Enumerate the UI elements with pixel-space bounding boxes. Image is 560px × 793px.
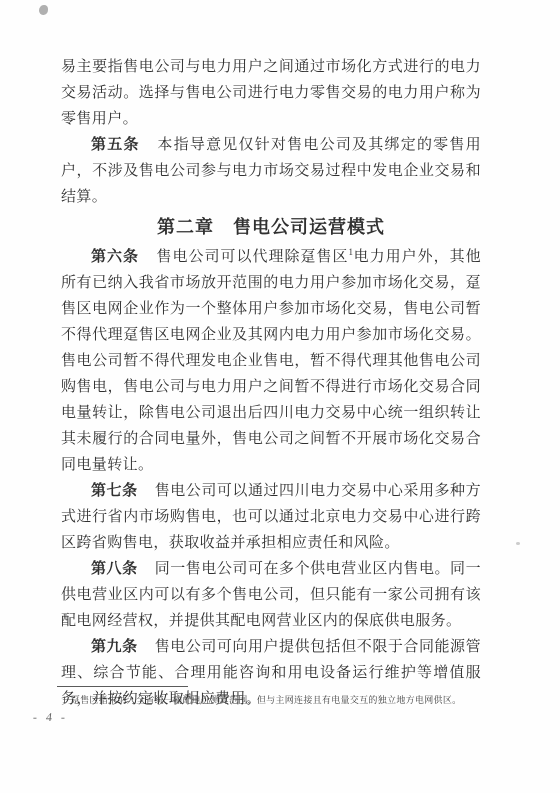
footnote-text: 趸售区指未纳入全省统一输配电价测算范围，但与主网连接且有电量交互的独立地方电网供…	[71, 695, 462, 705]
paragraph-article-6: 第六条 售电公司可以代理除趸售区1电力用户外，其他所有已纳入我省市场放开范围的电…	[61, 244, 481, 478]
paragraph-article-5: 第五条 本指导意见仅针对售电公司及其绑定的零售用户，不涉及售电公司参与电力市场交…	[61, 132, 481, 210]
paragraph-continuation: 易主要指售电公司与电力用户之间通过市场化方式进行的电力交易活动。选择与售电公司进…	[61, 54, 481, 132]
footnote-separator-line	[57, 686, 188, 687]
article-6-text-before-footnote: 售电公司可以代理除趸售区	[157, 249, 349, 265]
article-6-text-after-footnote: 电力用户外，其他所有已纳入我省市场放开范围的电力用户参加市场化交易，趸售区电网企…	[61, 249, 481, 473]
chapter-2-heading: 第二章 售电公司运营模式	[61, 213, 481, 242]
article-5-label: 第五条	[91, 137, 140, 153]
paragraph-continuation-text: 易主要指售电公司与电力用户之间通过市场化方式进行的电力交易活动。选择与售电公司进…	[61, 59, 481, 127]
footnote: 1趸售区指未纳入全省统一输配电价测算范围，但与主网连接且有电量交互的独立地方电网…	[62, 694, 492, 707]
scan-artifact-speck	[516, 542, 520, 545]
page-number: - 4 -	[32, 709, 69, 725]
paragraph-article-8: 第八条 同一售电公司可在多个供电营业区内售电。同一供电营业区内可以有多个售电公司…	[61, 556, 481, 634]
article-7-label: 第七条	[91, 483, 138, 499]
paragraph-article-7: 第七条 售电公司可以通过四川电力交易中心采用多种方式进行省内市场购售电，也可以通…	[61, 478, 481, 556]
document-body: 易主要指售电公司与电力用户之间通过市场化方式进行的电力交易活动。选择与售电公司进…	[61, 54, 481, 712]
article-8-label: 第八条	[91, 561, 138, 577]
document-page: 易主要指售电公司与电力用户之间通过市场化方式进行的电力交易活动。选择与售电公司进…	[0, 0, 560, 793]
scan-artifact-smudge	[39, 5, 48, 15]
article-9-label: 第九条	[91, 639, 138, 655]
footnote-marker: 1	[62, 695, 67, 705]
article-6-label: 第六条	[91, 249, 139, 265]
